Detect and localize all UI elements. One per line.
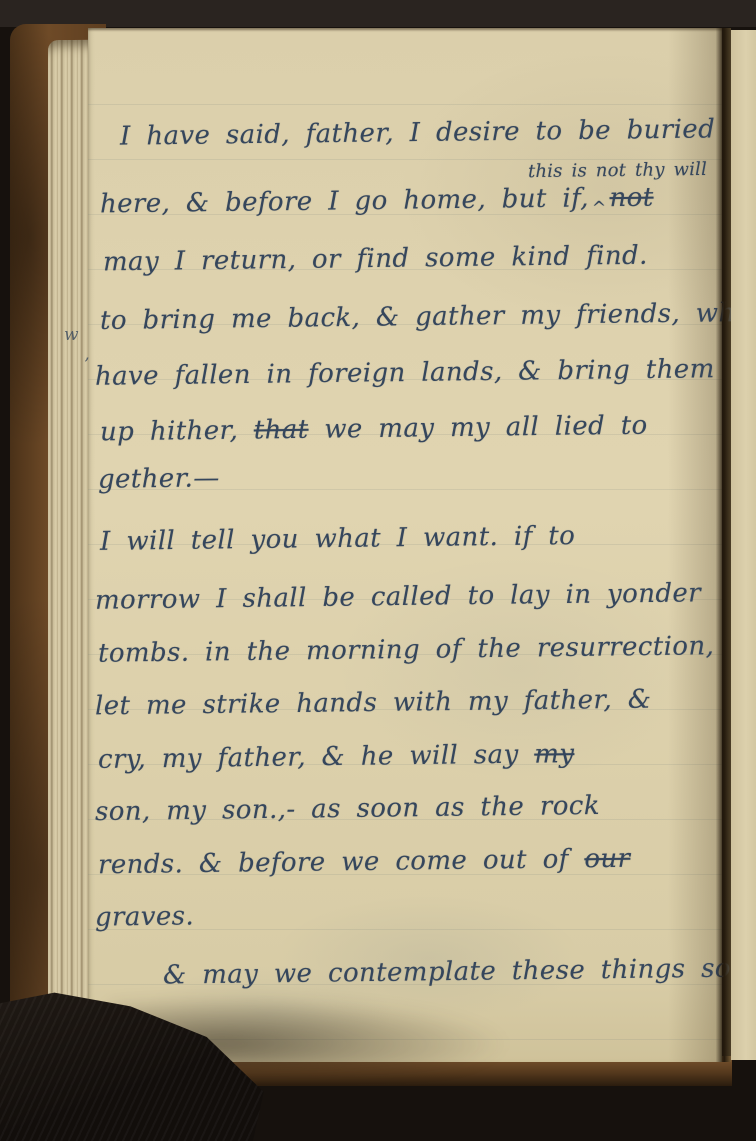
struck-word: that: [254, 415, 309, 446]
handwriting-segment: this is not thy will: [528, 159, 707, 182]
manuscript-text: I have said, father, I desire to be buri…: [88, 28, 722, 1062]
handwriting-segment: to bring me back, & gather my friends, w…: [100, 298, 752, 336]
handwriting-segment: we may my all lied to: [308, 411, 647, 445]
handwriting-segment: tombs. in the morning of the resurrectio…: [98, 631, 715, 669]
manuscript-line: son, my son.,- as soon as the rock: [95, 791, 600, 827]
handwriting-segment: gether.—: [98, 463, 220, 494]
struck-word: not: [609, 183, 653, 214]
manuscript-line: may I return, or find some kind find.: [103, 241, 648, 278]
book-gutter: [716, 28, 731, 1062]
handwriting-segment: have fallen in foreign lands, & bring th…: [95, 354, 715, 392]
handwriting-segment: rends. & before we come out of: [98, 844, 585, 880]
interlinear-insertion: this is not thy will: [528, 159, 707, 182]
struck-word: our: [584, 844, 630, 875]
manuscript-line: I have said, father, I desire to be buri…: [120, 114, 716, 151]
manuscript-line: have fallen in foreign lands, & bring th…: [95, 354, 715, 392]
handwriting-segment: may I return, or find some kind find.: [103, 241, 648, 278]
handwriting-segment: son, my son.,- as soon as the rock: [95, 791, 600, 827]
manuscript-line: rends. & before we come out of our: [98, 844, 631, 881]
manuscript-line: here, & before I go home, but if,^not: [100, 183, 654, 225]
manuscript-line: & may we contemplate these things so?: [163, 953, 746, 990]
handwriting-segment: I will tell you what I want. if to: [100, 521, 576, 557]
manuscript-line: up hither, that we may my all lied to: [100, 411, 648, 448]
manuscript-line: I will tell you what I want. if to: [100, 521, 576, 557]
handwriting-segment: up hither,: [100, 415, 254, 447]
margin-mark: ’: [84, 355, 89, 375]
handwriting-segment: graves.: [95, 901, 194, 932]
manuscript-line: cry, my father, & he will say my: [98, 739, 575, 775]
manuscript-line: let me strike hands with my father, &: [95, 685, 652, 722]
journal-page: I have said, father, I desire to be buri…: [88, 28, 722, 1062]
handwriting-segment: & may we contemplate these things so?: [163, 953, 746, 990]
manuscript-line: graves.: [95, 901, 194, 932]
manuscript-line: to bring me back, & gather my friends, w…: [100, 298, 752, 336]
handwriting-segment: here, & before I go home, but if,: [100, 183, 589, 219]
manuscript-line: gether.—: [98, 463, 220, 494]
background-top-band: [0, 0, 756, 27]
handwriting-segment: let me strike hands with my father, &: [95, 685, 652, 722]
handwriting-segment: morrow I shall be called to lay in yonde…: [95, 578, 701, 615]
photograph-of-open-journal: I have said, father, I desire to be buri…: [0, 0, 756, 1141]
caret-mark: ^: [589, 198, 610, 218]
handwriting-segment: cry, my father, & he will say: [98, 740, 535, 775]
margin-mark: w: [64, 325, 79, 345]
manuscript-line: tombs. in the morning of the resurrectio…: [98, 631, 715, 669]
handwriting-segment: I have said, father, I desire to be buri…: [120, 114, 716, 151]
struck-word: my: [534, 739, 575, 769]
facing-page-sliver: [731, 30, 756, 1060]
manuscript-line: morrow I shall be called to lay in yonde…: [95, 578, 701, 615]
